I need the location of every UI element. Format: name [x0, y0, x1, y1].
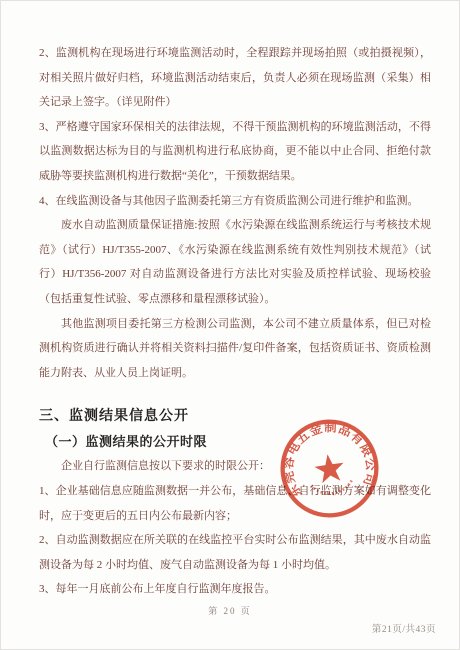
subsection-heading: （一）监测结果的公开时限	[39, 429, 431, 454]
paragraph-other-monitoring: 其他监测项目委托第三方检测公司监测，本公司不建立质量体系，但已对检测机构资质进行…	[39, 312, 431, 386]
paragraph-disclosure-item-2: 2、自动监测数据应在所关联的在线监控平台实时公布监测结果，其中废水自动监测设备为…	[39, 528, 431, 577]
page-number: 第 20 页	[1, 604, 459, 617]
document-body: 2、监测机构在现场进行环境监测活动时，全程跟踪并现场拍照（或拍摄视频），对相关照…	[39, 41, 431, 602]
paragraph-item-2: 2、监测机构在现场进行环境监测活动时，全程跟踪并现场拍照（或拍摄视频），对相关照…	[39, 41, 431, 115]
paragraph-wastewater-qa: 废水自动监测质量保证措施:按照《水污染源在线监测系统运行与考核技术规范》（试行）…	[39, 213, 431, 311]
paragraph-item-3: 3、严格遵守国家环保相关的法律法规，不得干预监测机构的环境监测活动，不得以监测数…	[39, 115, 431, 189]
paragraph-disclosure-item-3: 3、每年一月底前公布上年度自行监测年度报告。	[39, 577, 431, 602]
paragraph-item-4: 4、在线监测设备与其他因子监测委托第三方有资质监测公司进行维护和监测。	[39, 189, 431, 214]
section-heading: 三、监测结果信息公开	[39, 403, 431, 427]
document-page: 2、监测机构在现场进行环境监测活动时，全程跟踪并现场拍照（或拍摄视频），对相关照…	[0, 0, 460, 650]
paragraph-disclosure-intro: 企业自行监测信息按以下要求的时限公开：	[39, 454, 431, 479]
paragraph-disclosure-item-1: 1、企业基础信息应随监测数据一并公布，基础信息、自行监测方案如有调整变化时，应于…	[39, 479, 431, 528]
page-indicator: 第21页/共43页	[372, 621, 436, 635]
